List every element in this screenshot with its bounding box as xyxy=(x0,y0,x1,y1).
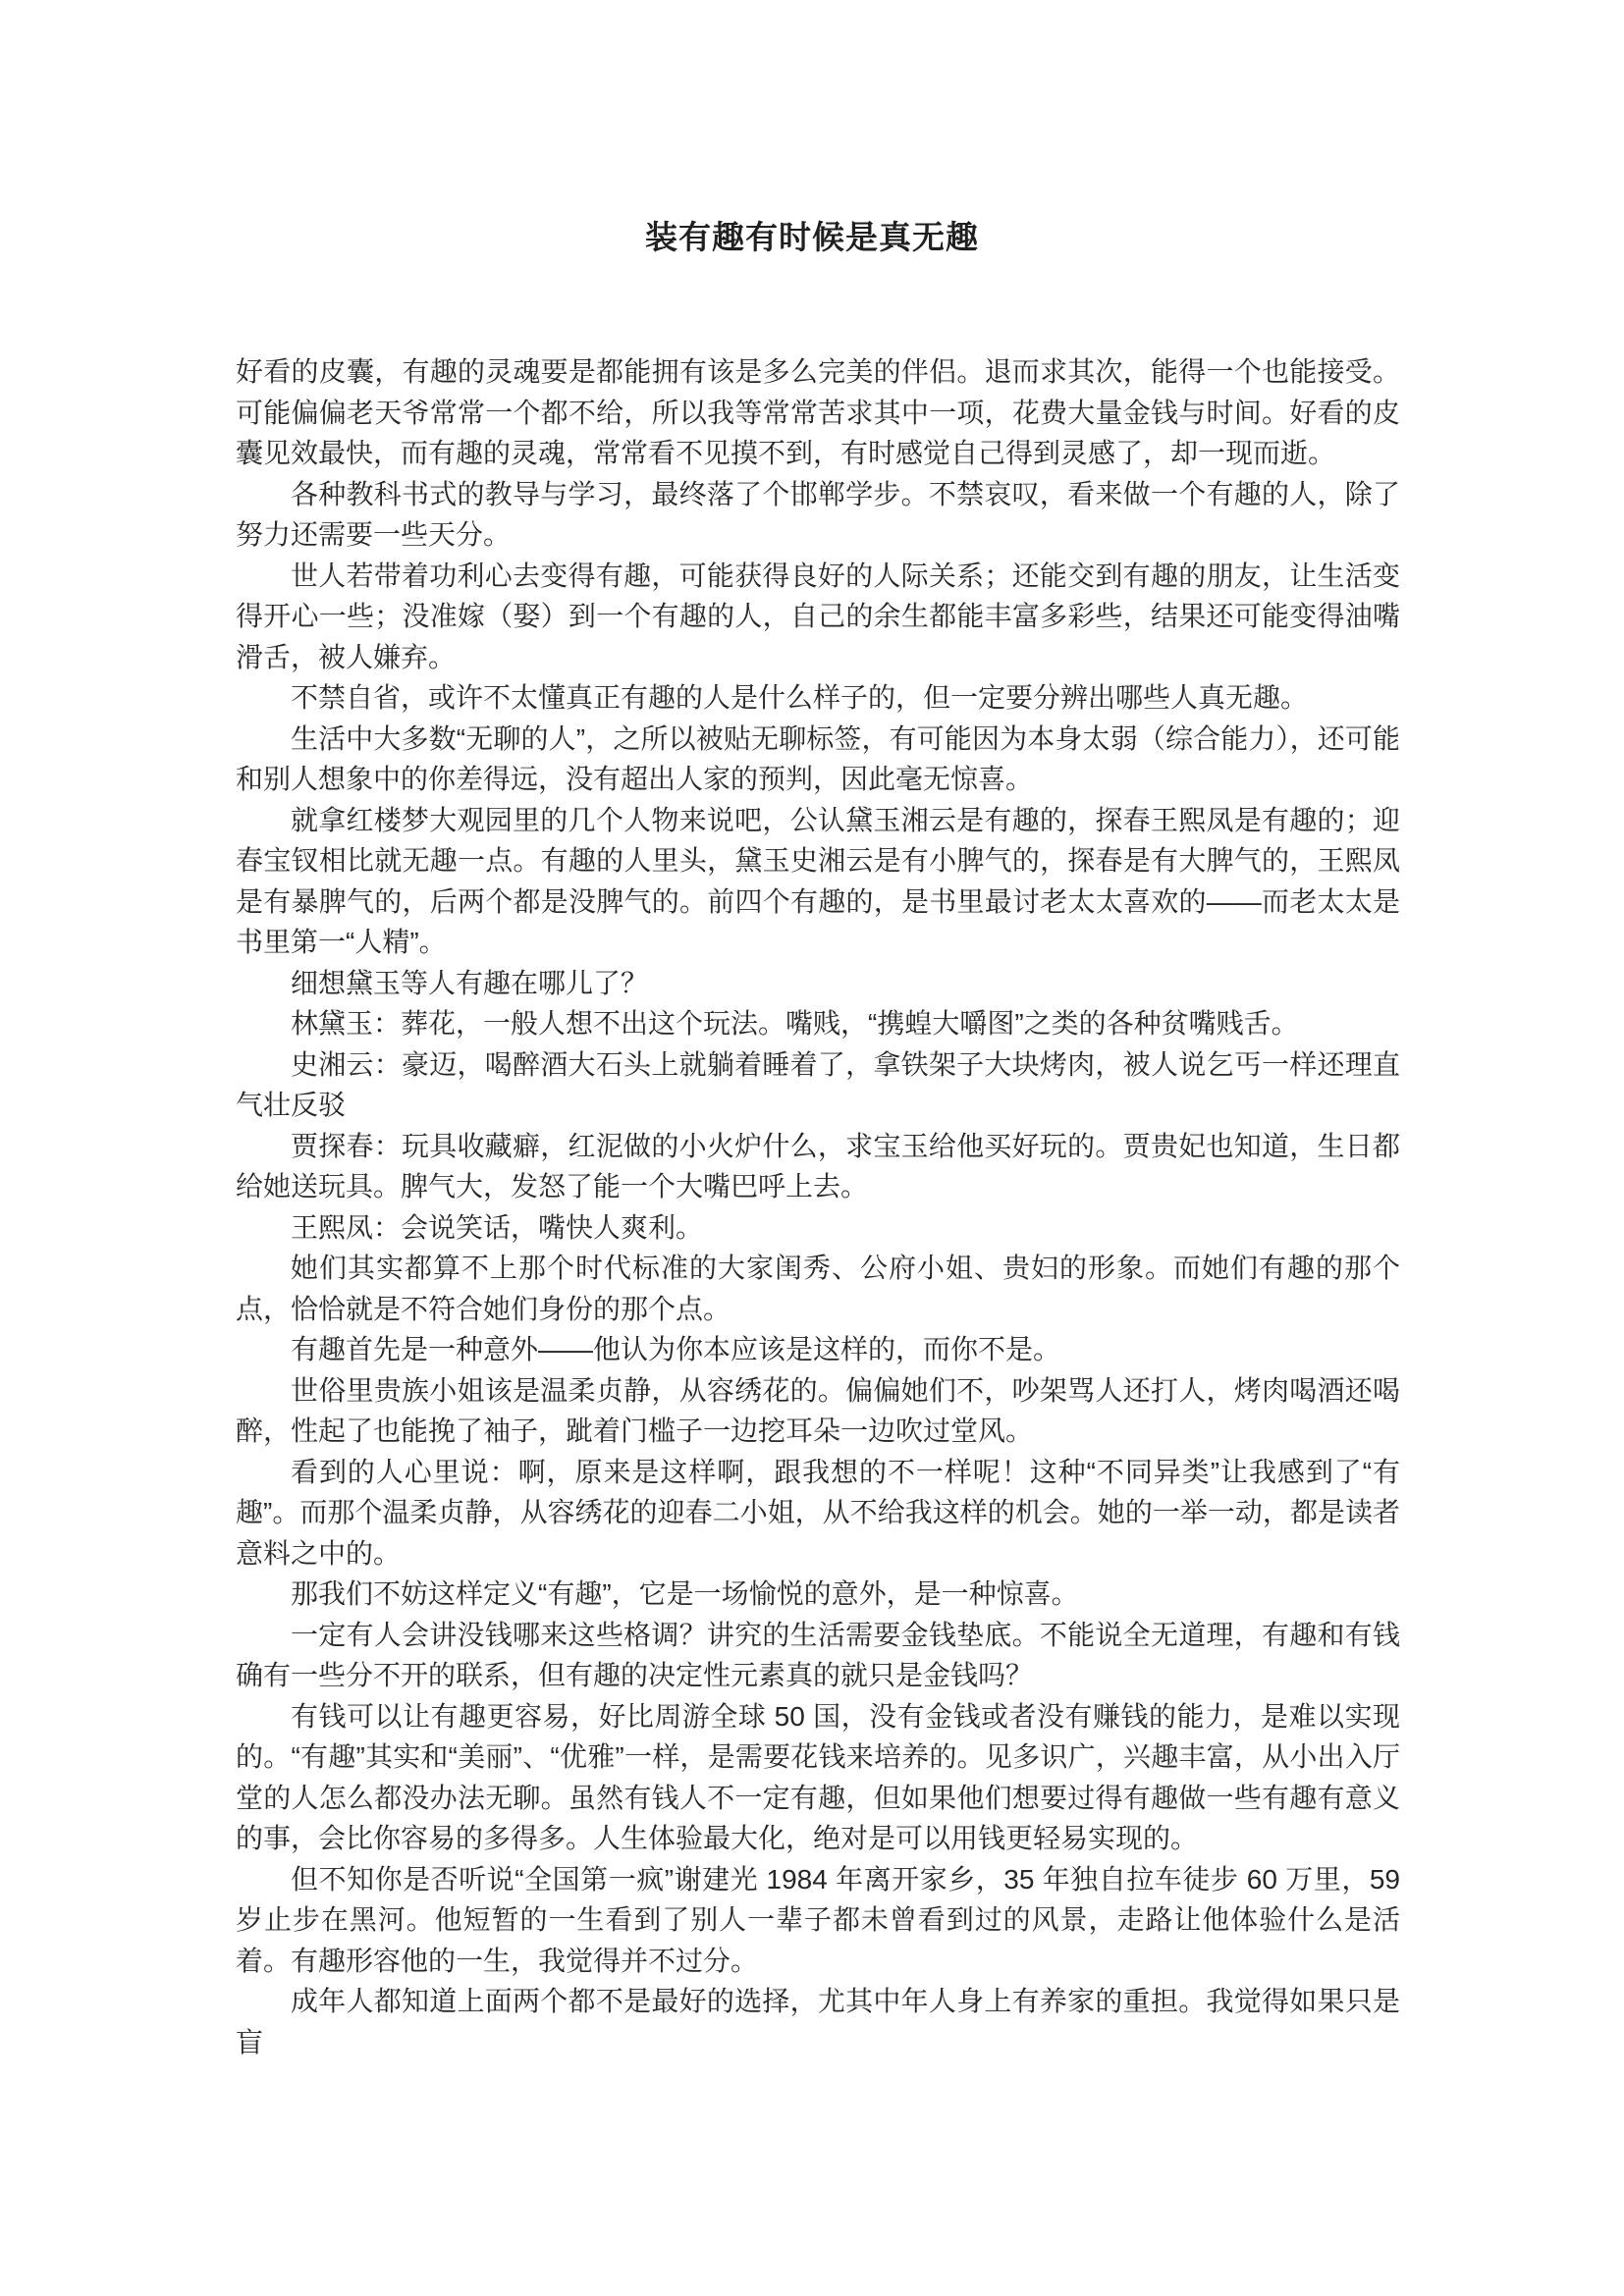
paragraph: 那我们不妨这样定义“有趣”，它是一场愉悦的意外，是一种惊喜。 xyxy=(236,1574,1400,1615)
paragraph: 看到的人心里说：啊，原来是这样啊，跟我想的不一样呢！这种“不同异类”让我感到了“… xyxy=(236,1452,1400,1575)
paragraph: 成年人都知道上面两个都不是最好的选择，尤其中年人身上有养家的重担。我觉得如果只是… xyxy=(236,1981,1400,2062)
paragraph: 有钱可以让有趣更容易，好比周游全球 50 国，没有金钱或者没有赚钱的能力，是难以… xyxy=(236,1696,1400,1859)
paragraph: 各种教科书式的教导与学习，最终落了个邯郸学步。不禁哀叹，看来做一个有趣的人，除了… xyxy=(236,474,1400,556)
paragraph: 细想黛玉等人有趣在哪儿了？ xyxy=(236,963,1400,1004)
paragraph: 就拿红楼梦大观园里的几个人物来说吧，公认黛玉湘云是有趣的，探春王熙凤是有趣的；迎… xyxy=(236,800,1400,963)
paragraph: 生活中大多数“无聊的人”，之所以被贴无聊标签，有可能因为本身太弱（综合能力），还… xyxy=(236,719,1400,800)
paragraph: 贾探春：玩具收藏癖，红泥做的小火炉什么，求宝玉给他买好玩的。贾贵妃也知道，生日都… xyxy=(236,1126,1400,1207)
paragraph: 世人若带着功利心去变得有趣，可能获得良好的人际关系；还能交到有趣的朋友，让生活变… xyxy=(236,556,1400,678)
document-page: 装有趣有时候是真无趣 好看的皮囊，有趣的灵魂要是都能拥有该是多么完美的伴侣。退而… xyxy=(0,0,1624,2296)
paragraph: 好看的皮囊，有趣的灵魂要是都能拥有该是多么完美的伴侣。退而求其次，能得一个也能接… xyxy=(236,351,1400,474)
document-title: 装有趣有时候是真无趣 xyxy=(0,0,1624,257)
paragraph: 不禁自省，或许不太懂真正有趣的人是什么样子的，但一定要分辨出哪些人真无趣。 xyxy=(236,677,1400,719)
paragraph: 有趣首先是一种意外——他认为你本应该是这样的，而你不是。 xyxy=(236,1329,1400,1370)
document-body: 好看的皮囊，有趣的灵魂要是都能拥有该是多么完美的伴侣。退而求其次，能得一个也能接… xyxy=(236,351,1400,2062)
paragraph: 世俗里贵族小姐该是温柔贞静，从容绣花的。偏偏她们不，吵架骂人还打人，烤肉喝酒还喝… xyxy=(236,1370,1400,1452)
paragraph: 王熙凤：会说笑话，嘴快人爽利。 xyxy=(236,1207,1400,1249)
paragraph: 林黛玉：葬花，一般人想不出这个玩法。嘴贱，“携蝗大嚼图”之类的各种贫嘴贱舌。 xyxy=(236,1003,1400,1044)
paragraph: 但不知你是否听说“全国第一疯”谢建光 1984 年离开家乡，35 年独自拉车徒步… xyxy=(236,1859,1400,1982)
paragraph: 史湘云：豪迈，喝醉酒大石头上就躺着睡着了，拿铁架子大块烤肉，被人说乞丐一样还理直… xyxy=(236,1044,1400,1126)
paragraph: 她们其实都算不上那个时代标准的大家闺秀、公府小姐、贵妇的形象。而她们有趣的那个点… xyxy=(236,1248,1400,1329)
paragraph: 一定有人会讲没钱哪来这些格调？讲究的生活需要金钱垫底。不能说全无道理，有趣和有钱… xyxy=(236,1615,1400,1696)
